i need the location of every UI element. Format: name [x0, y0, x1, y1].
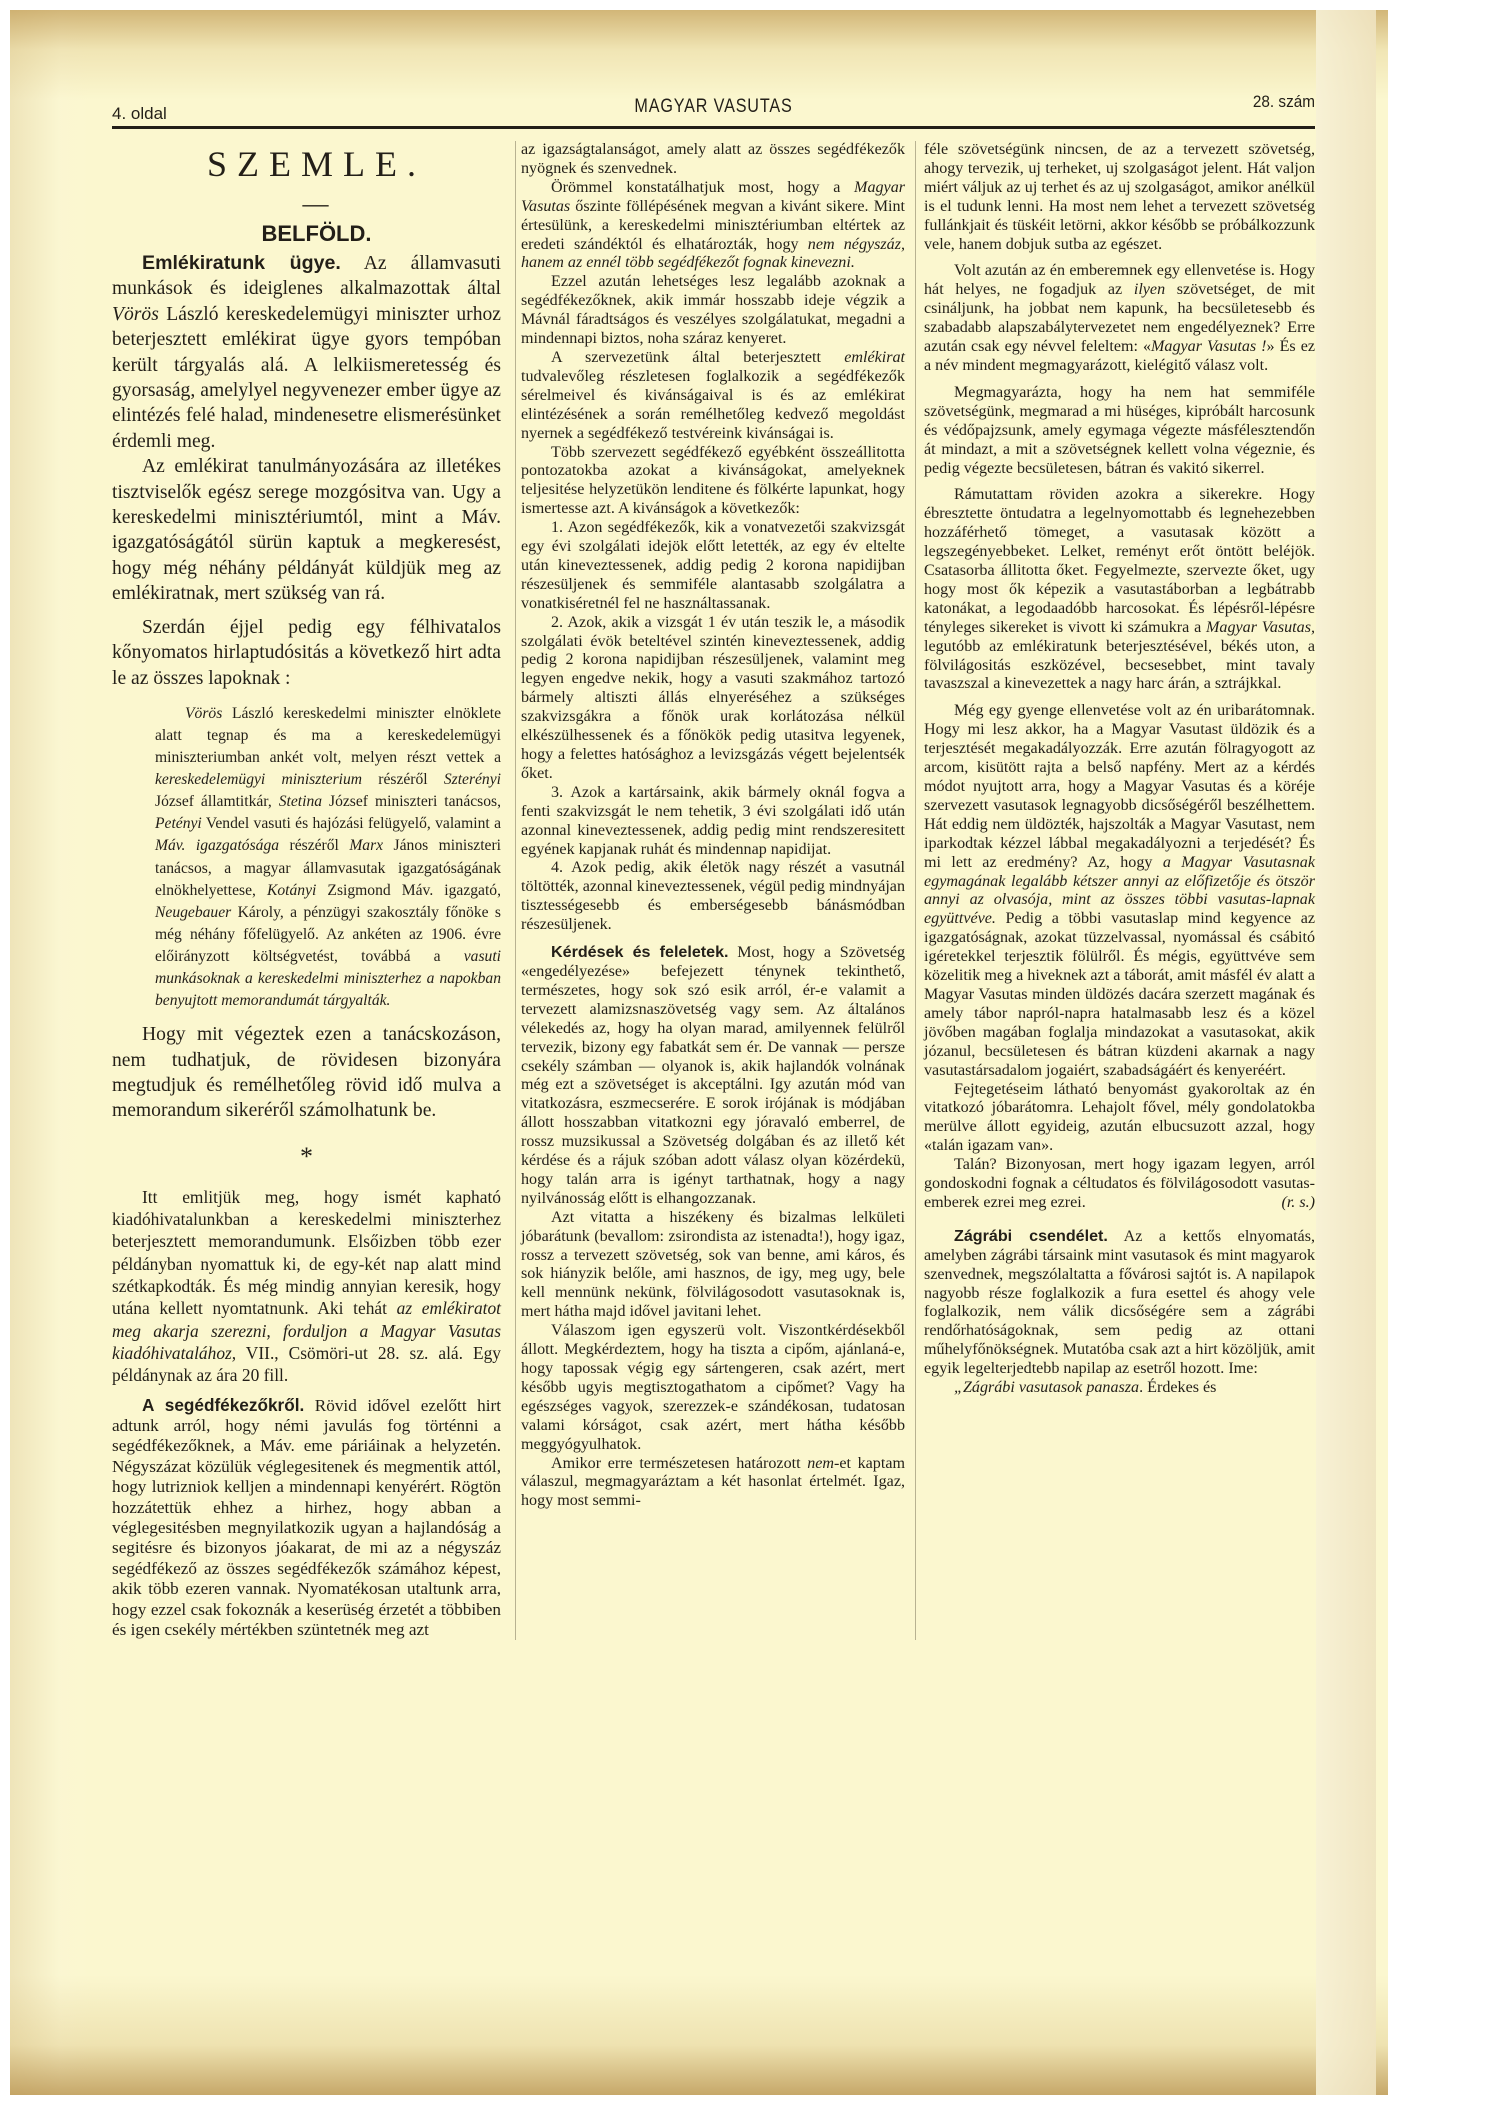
- article-kerdesek-p3: Válaszom igen egyszerü volt. Viszontkérd…: [521, 1322, 905, 1454]
- page-number: 4. oldal: [112, 104, 167, 124]
- newspaper-page: 4. oldal MAGYAR VASUTAS 28. szám SZEMLE.…: [112, 88, 1315, 1640]
- header-rule: [112, 126, 1315, 129]
- demand-item-3: 3. Azok a kartársaink, akik bármely okná…: [521, 784, 905, 860]
- col3-p7: Talán? Bizonyosan, mert hogy igazam legy…: [924, 1156, 1315, 1213]
- col2-p2: Örömmel konstatálhatjuk most, hogy a Mag…: [521, 179, 905, 274]
- demand-item-1: 1. Azon segédfékezők, kik a vonatvezetői…: [521, 519, 905, 614]
- col2-p1: az igazságtalanságot, amely alatt az öss…: [521, 141, 905, 179]
- col2-p4: A szervezetünk által beterjesztett emlék…: [521, 349, 905, 444]
- col3-p4: Rámutattam röviden azokra a sikerekre. H…: [924, 486, 1315, 694]
- article-emlekiratunk-p2: Az emlékirat tanulmányozására az illeték…: [112, 454, 501, 606]
- article-heading: Zágrábi csendélet.: [954, 1227, 1108, 1245]
- article-emlekiratunk-p1: Emlékiratunk ügye. Az államvasuti munkás…: [112, 251, 501, 454]
- col2-p3: Ezzel azután lehetséges lesz legalább az…: [521, 273, 905, 349]
- article-heading: Emlékiratunk ügye.: [142, 252, 341, 274]
- memorandum-notice: Itt emlitjük meg, hogy ismét kapható kia…: [112, 1186, 501, 1387]
- title-divider: —: [130, 191, 501, 217]
- article-zagrabi-quote: „Zágrábi vasutasok panasza. Érdekes és: [924, 1379, 1315, 1398]
- demand-item-2: 2. Azok, akik a vizsgát 1 év után teszik…: [521, 614, 905, 784]
- publication-title: MAGYAR VASUTAS: [202, 96, 1225, 118]
- article-kerdesek-p2: Azt vitatta a hiszékeny és bizalmas lelk…: [521, 1209, 905, 1322]
- page-edge-shadow: [1316, 10, 1376, 2095]
- demand-item-4: 4. Azok pedig, akik életök nagy részét a…: [521, 859, 905, 935]
- section-title: SZEMLE.: [132, 143, 501, 185]
- col3-p5: Még egy gyenge ellenvetése volt az én ur…: [924, 702, 1315, 1080]
- col3-p6: Fejtegetéseim látható benyomást gyakorol…: [924, 1081, 1315, 1157]
- article-kerdesek-p1: Kérdések és feleletek. Most, hogy a Szöv…: [521, 943, 905, 1209]
- col3-p1: féle szövetségünk nincsen, de az a terve…: [924, 141, 1315, 254]
- article-kerdesek-p4: Amikor erre természetesen határozott nem…: [521, 1455, 905, 1512]
- col2-p5: Több szervezett segédfékező egyébként ös…: [521, 444, 905, 520]
- article-heading: A segédfékezőkről.: [142, 1395, 304, 1415]
- article-emlekiratunk-p3: Szerdán éjjel pedig egy félhivatalos kőn…: [112, 615, 501, 691]
- column-2: az igazságtalanságot, amely alatt az öss…: [515, 141, 915, 1640]
- issue-number: 28. szám: [1253, 92, 1315, 112]
- text-columns: SZEMLE. — BELFÖLD. Emlékiratunk ügye. Az…: [112, 141, 1315, 1640]
- column-1: SZEMLE. — BELFÖLD. Emlékiratunk ügye. Az…: [112, 141, 515, 1640]
- article-heading: Kérdések és feleletek.: [551, 943, 729, 961]
- col3-p2: Volt azután az én emberemnek egy ellenve…: [924, 262, 1315, 375]
- section-separator: *: [112, 1142, 501, 1172]
- author-signature: (r. s.): [1251, 1194, 1315, 1213]
- column-3: féle szövetségünk nincsen, de az a terve…: [915, 141, 1315, 1640]
- article-segedfekezokrol: A segédfékezőkről. Rövid idővel ezelőtt …: [112, 1395, 501, 1641]
- article-emlekiratunk-p4: Hogy mit végeztek ezen a tanácskozáson, …: [112, 1022, 501, 1124]
- page-header: 4. oldal MAGYAR VASUTAS 28. szám: [112, 88, 1315, 124]
- col3-p3: Megmagyarázta, hogy ha nem hat semmiféle…: [924, 384, 1315, 479]
- subsection-title: BELFÖLD.: [132, 221, 501, 247]
- quoted-news-report: Vörös László kereskedelmi miniszter elnö…: [112, 703, 501, 1012]
- article-zagrabi: Zágrábi csendélet. Az a kettős elnyomatá…: [924, 1227, 1315, 1379]
